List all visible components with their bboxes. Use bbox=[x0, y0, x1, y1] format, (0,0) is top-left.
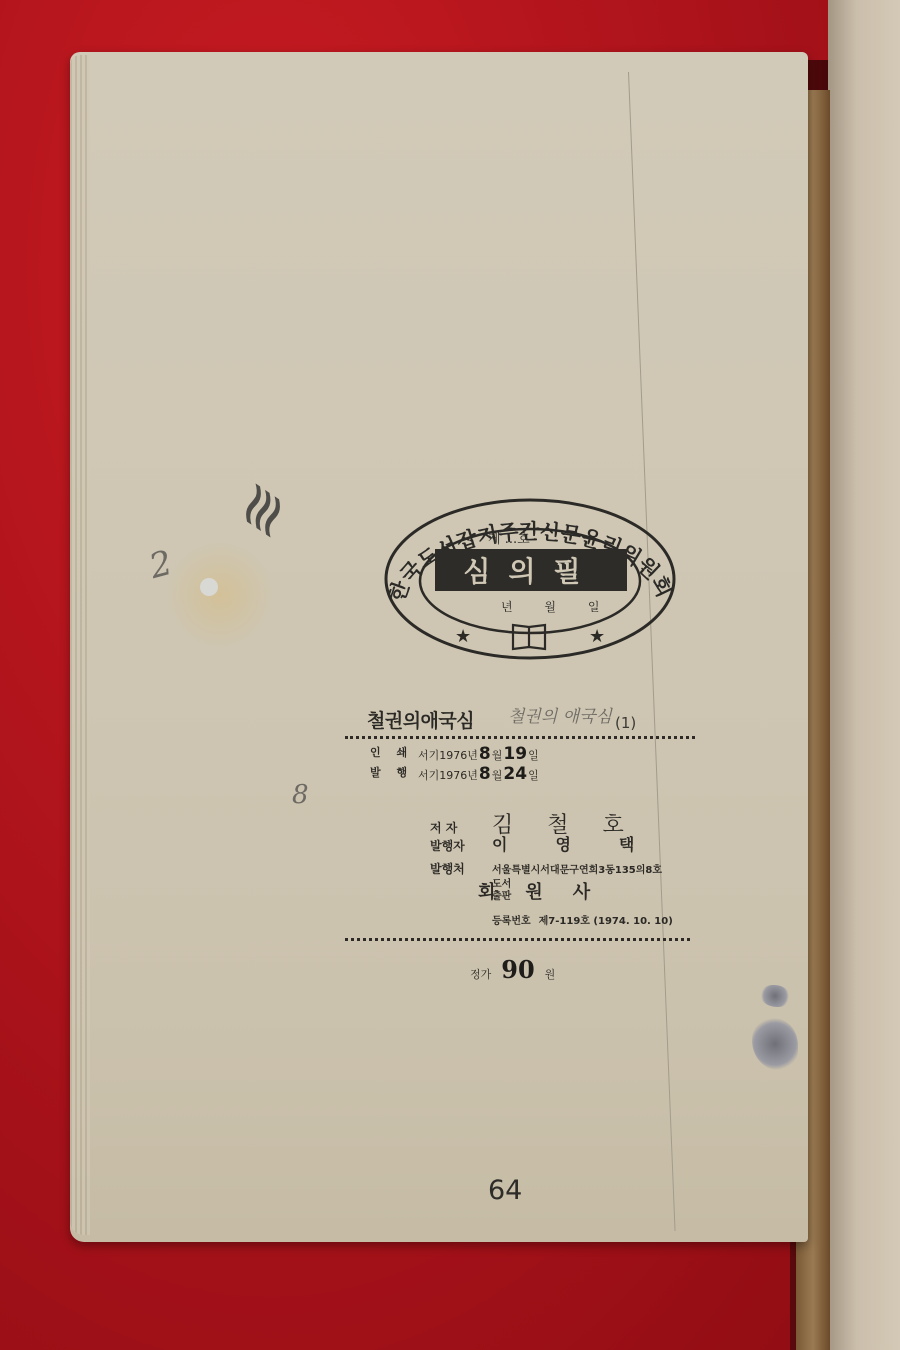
day-suffix: 일 bbox=[528, 767, 539, 783]
year-suffix: 년 bbox=[467, 747, 478, 763]
month-handwritten: 8 bbox=[479, 744, 491, 764]
handwritten-title: 철권의 애국심 bbox=[508, 702, 612, 727]
registration-value: 제7-119호 (1974. 10. 10) bbox=[539, 912, 673, 927]
publishing-house-row: 도서 출판 회원사 bbox=[430, 878, 634, 904]
era: 서기 bbox=[418, 747, 439, 763]
publisher-name: 이영택 bbox=[492, 832, 682, 855]
price-row: 정가 90 원 bbox=[470, 955, 555, 984]
publication-date-row: 발 행 서기 1976 년 8 월 24 일 bbox=[370, 764, 539, 784]
day-handwritten: 19 bbox=[503, 744, 527, 764]
publication-label: 발 행 bbox=[370, 764, 418, 784]
price-label: 정가 bbox=[470, 966, 491, 982]
address-label: 발행처 bbox=[430, 860, 492, 877]
month-suffix: 월 bbox=[492, 767, 503, 783]
address-row: 발행처 서울특별시서대문구연희3동135의8호 bbox=[430, 860, 662, 877]
book-title: 철권의애국심 bbox=[367, 706, 474, 733]
price-value-handwritten: 90 bbox=[501, 955, 534, 984]
page-number-handwritten: 64 bbox=[488, 1175, 522, 1206]
day-handwritten: 24 bbox=[503, 764, 527, 784]
facing-page-edge bbox=[828, 0, 900, 1350]
address-value: 서울특별시서대문구연희3동135의8호 bbox=[492, 861, 662, 876]
printing-date-row: 인 쇄 서기 1976 년 8 월 19 일 bbox=[370, 744, 539, 764]
page-stack-edges bbox=[70, 55, 90, 1235]
month-handwritten: 8 bbox=[479, 764, 491, 784]
era: 서기 bbox=[418, 767, 439, 783]
svg-text:년 월 일: 년 월 일 bbox=[501, 599, 613, 614]
review-stamp: 한국도서잡지주간신문윤리위원회 심의필 제 ...호 년 월 일 ★ ★ bbox=[383, 497, 678, 662]
day-suffix: 일 bbox=[528, 747, 539, 763]
paper-spot bbox=[200, 578, 218, 596]
colophon-block: 철권의애국심 철권의 애국심 (1) 인 쇄 서기 1976 년 8 월 19 … bbox=[345, 700, 695, 739]
price-unit: 원 bbox=[545, 966, 556, 982]
svg-text:★: ★ bbox=[455, 626, 471, 647]
publishing-house-name: 회원사 bbox=[478, 878, 620, 904]
year: 1976 bbox=[439, 749, 467, 762]
margin-scribble: 8 bbox=[292, 780, 309, 810]
printing-label: 인 쇄 bbox=[370, 744, 418, 764]
svg-text:심의필: 심의필 bbox=[463, 555, 598, 588]
svg-text:제 ...호: 제 ...호 bbox=[488, 531, 530, 547]
publisher-label: 발행자 bbox=[430, 837, 492, 854]
publisher-row: 발행자 이영택 bbox=[430, 832, 682, 855]
registration-row: 등록번호 제7-119호 (1974. 10. 10) bbox=[492, 912, 673, 927]
title-row: 철권의애국심 철권의 애국심 (1) bbox=[345, 700, 695, 739]
month-suffix: 월 bbox=[492, 747, 503, 763]
dotted-divider bbox=[345, 938, 690, 941]
svg-text:★: ★ bbox=[589, 626, 605, 647]
handwritten-volume: (1) bbox=[615, 714, 636, 732]
year-suffix: 년 bbox=[467, 767, 478, 783]
registration-label: 등록번호 bbox=[492, 912, 531, 927]
water-stain bbox=[165, 540, 275, 650]
year: 1976 bbox=[439, 769, 467, 782]
